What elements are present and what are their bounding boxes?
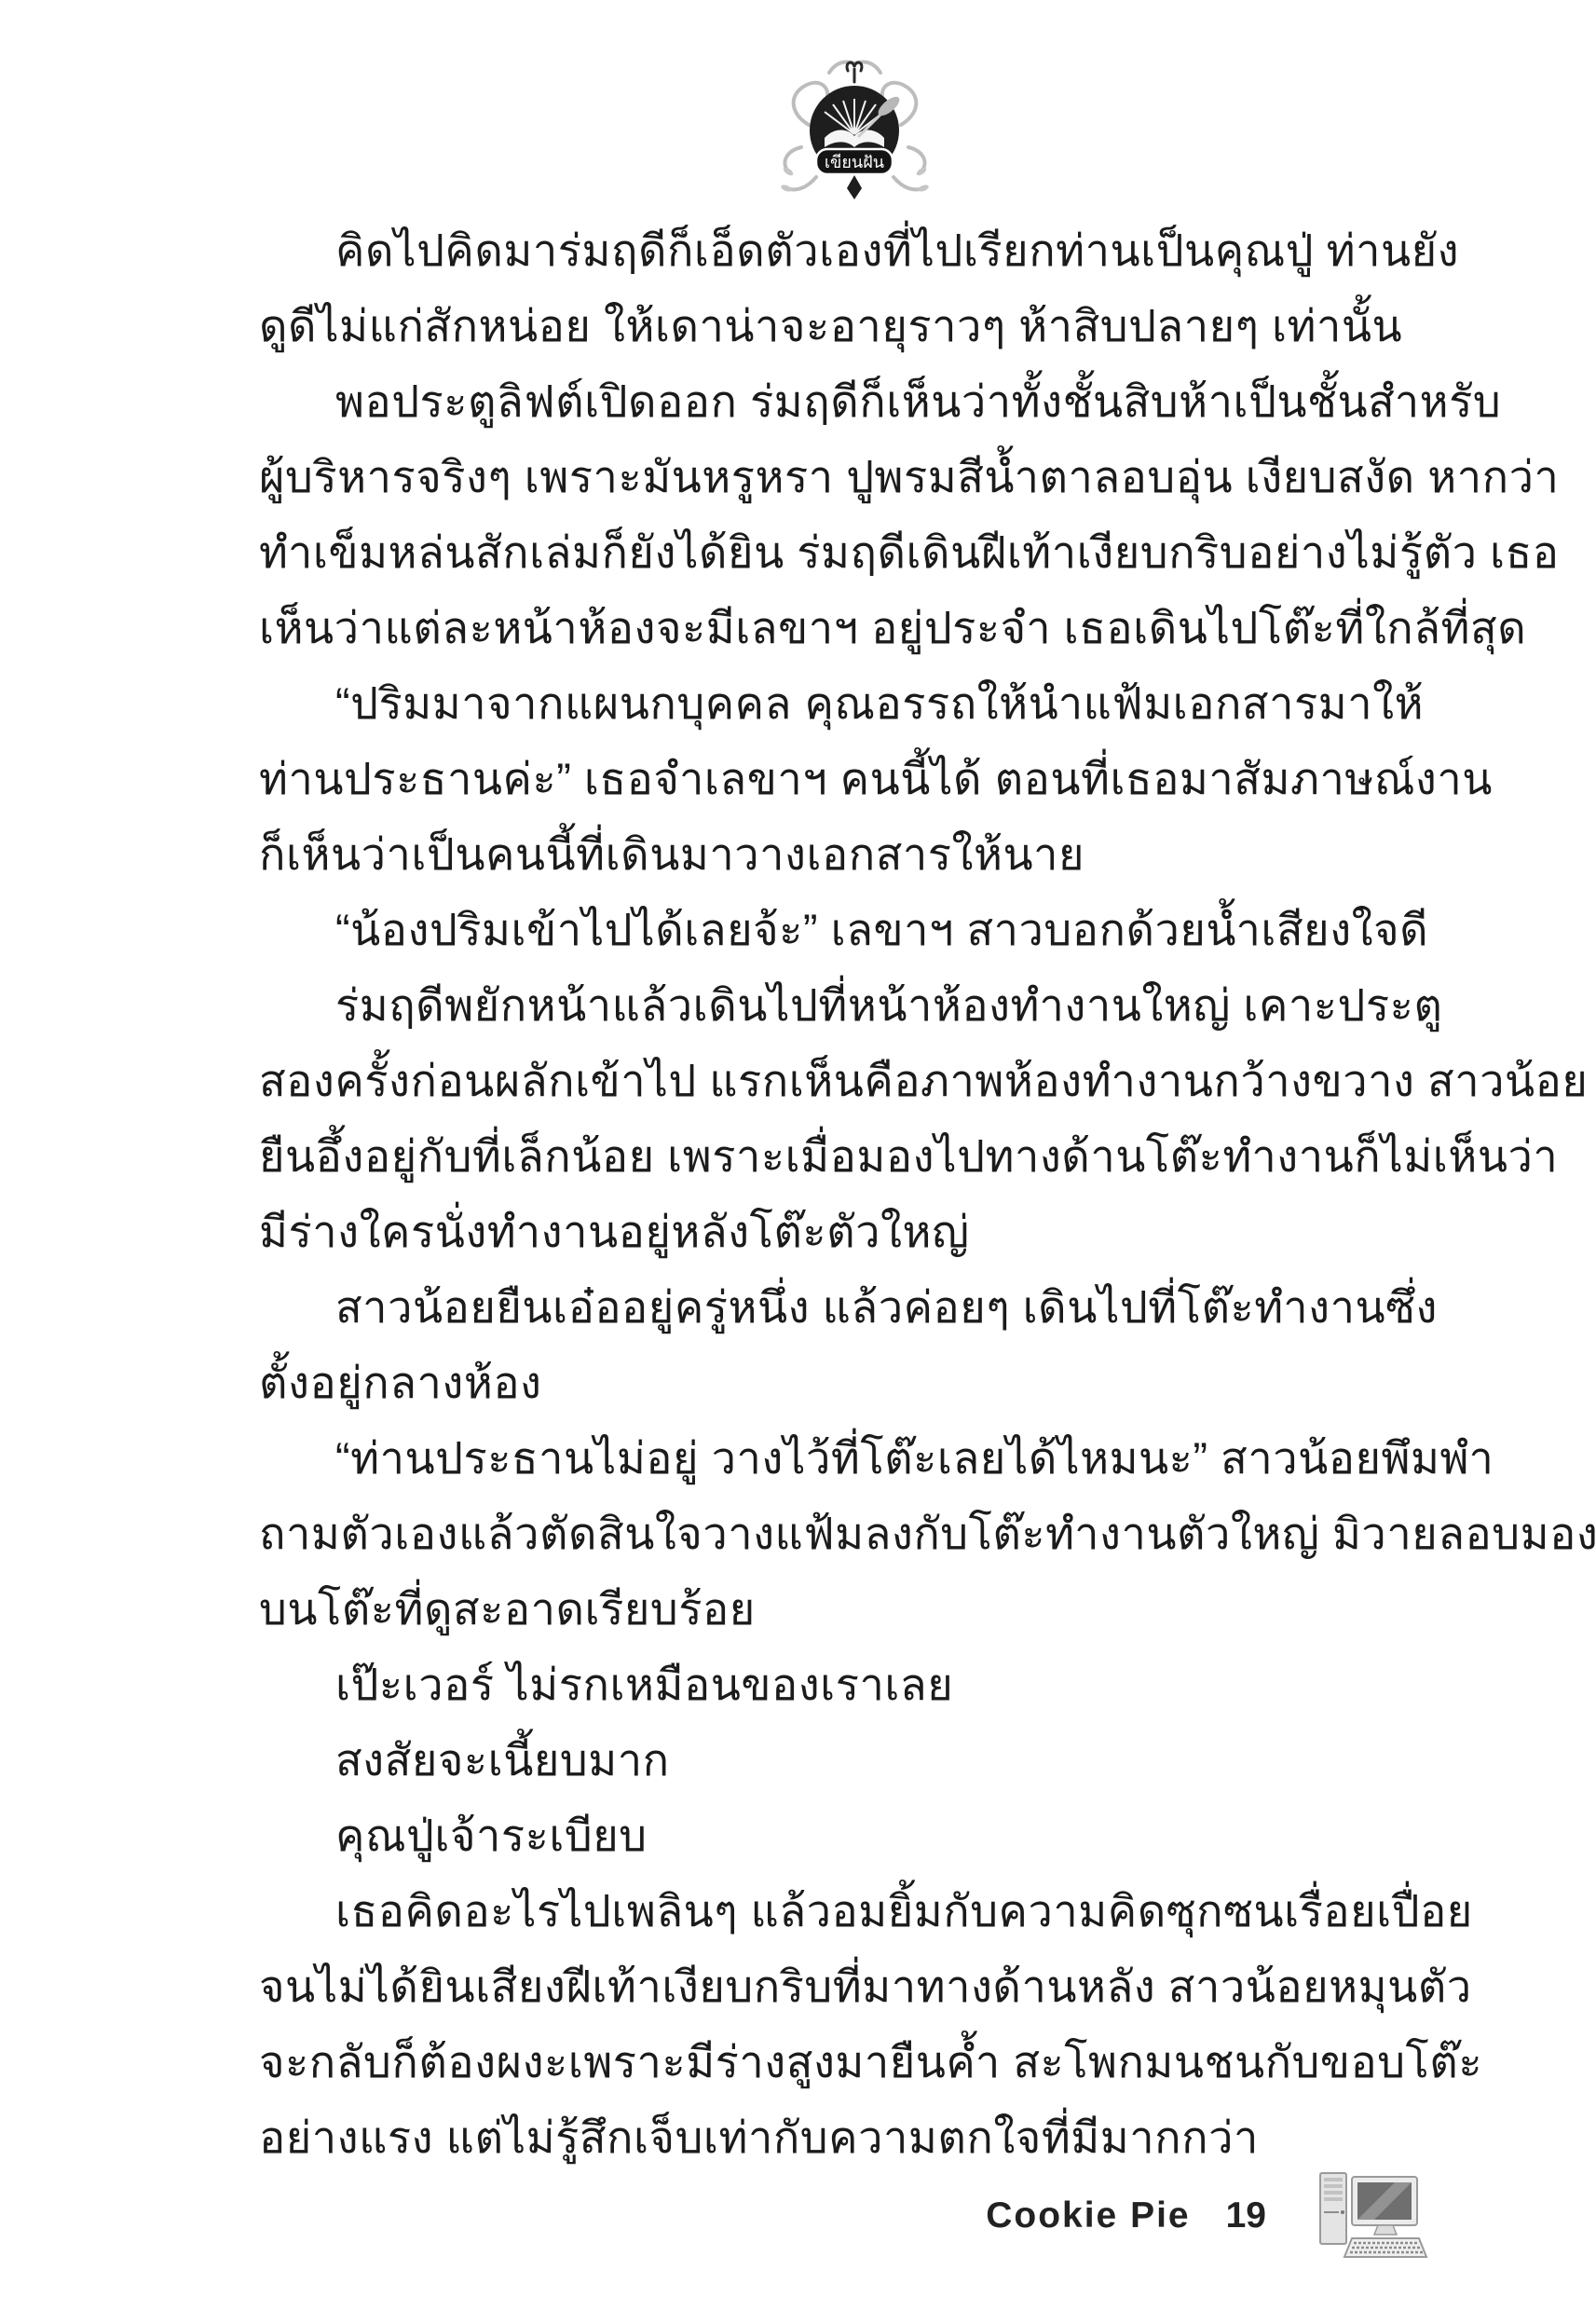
book-page: เขียนฝัน คิดไปคิดมาร่มฤดีก็เอ็ดตัวเองที่…	[0, 0, 1596, 2311]
text-line: เห็นว่าแต่ละหน้าห้องจะมีเลขาฯ อยู่ประจำ …	[259, 590, 1442, 665]
text-line: ตั้งอยู่กลางห้อง	[259, 1345, 1442, 1420]
text-line: ก็เห็นว่าเป็นคนนี้ที่เดินมาวางเอกสารให้น…	[259, 816, 1442, 892]
text-line: มีร่างใครนั่งทำงานอยู่หลังโต๊ะตัวใหญ่	[259, 1194, 1442, 1269]
book-title: Cookie Pie	[986, 2195, 1190, 2236]
publisher-logo-text: เขียนฝัน	[825, 153, 884, 171]
khian-fan-emblem-icon: เขียนฝัน	[773, 58, 936, 205]
text-line: ผู้บริหารจริงๆ เพราะมันหรูหรา ปูพรมสีน้ำ…	[259, 439, 1442, 514]
text-line: คุณปู่เจ้าระเบียบ	[259, 1798, 1442, 1873]
text-line: เธอคิดอะไรไปเพลินๆ แล้วอมยิ้มกับความคิดซ…	[259, 1873, 1442, 1949]
publisher-logo: เขียนฝัน	[773, 58, 936, 205]
text-line: สองครั้งก่อนผลักเข้าไป แรกเห็นคือภาพห้อง…	[259, 1043, 1442, 1118]
text-line: ทำเข็มหล่นสักเล่มก็ยังได้ยิน ร่มฤดีเดินฝ…	[259, 514, 1442, 590]
text-line: ท่านประธานค่ะ” เธอจำเลขาฯ คนนี้ได้ ตอนที…	[259, 741, 1442, 816]
text-line: จนไม่ได้ยินเสียงฝีเท้าเงียบกริบที่มาทางด…	[259, 1949, 1442, 2024]
desktop-computer-icon	[1315, 2171, 1428, 2261]
text-line: ถามตัวเองแล้วตัดสินใจวางแฟ้มลงกับโต๊ะทำง…	[259, 1496, 1442, 1571]
text-line: “น้องปริมเข้าไปได้เลยจ้ะ” เลขาฯ สาวบอกด้…	[259, 892, 1442, 967]
text-line: สาวน้อยยืนเอ๋ออยู่ครู่หนึ่ง แล้วค่อยๆ เด…	[259, 1269, 1442, 1345]
text-line: อย่างแรง แต่ไม่รู้สึกเจ็บเท่ากับความตกใจ…	[259, 2099, 1442, 2175]
page-number: 19	[1226, 2195, 1266, 2236]
text-line: “ท่านประธานไม่อยู่ วางไว้ที่โต๊ะเลยได้ไห…	[259, 1420, 1442, 1496]
text-line: เป๊ะเวอร์ ไม่รกเหมือนของเราเลย	[259, 1647, 1442, 1722]
text-line: ดูดีไม่แก่สักหน่อย ให้เดาน่าจะอายุราวๆ ห…	[259, 288, 1442, 363]
text-line: ร่มฤดีพยักหน้าแล้วเดินไปที่หน้าห้องทำงาน…	[259, 967, 1442, 1043]
text-line: ยืนอึ้งอยู่กับที่เล็กน้อย เพราะเมื่อมองไ…	[259, 1118, 1442, 1194]
text-line: “ปริมมาจากแผนกบุคคล คุณอรรถให้นำแฟ้มเอกส…	[259, 665, 1442, 741]
text-line: พอประตูลิฟต์เปิดออก ร่มฤดีก็เห็นว่าทั้งช…	[259, 363, 1442, 439]
text-line: สงสัยจะเนี้ยบมาก	[259, 1722, 1442, 1798]
text-line: บนโต๊ะที่ดูสะอาดเรียบร้อย	[259, 1571, 1442, 1647]
story-text-block: คิดไปคิดมาร่มฤดีก็เอ็ดตัวเองที่ไปเรียกท่…	[259, 212, 1442, 2175]
page-footer: Cookie Pie 19	[986, 2171, 1428, 2261]
text-line: จะกลับก็ต้องผงะเพราะมีร่างสูงมายืนค้ำ สะ…	[259, 2024, 1442, 2099]
text-line: คิดไปคิดมาร่มฤดีก็เอ็ดตัวเองที่ไปเรียกท่…	[259, 212, 1442, 288]
